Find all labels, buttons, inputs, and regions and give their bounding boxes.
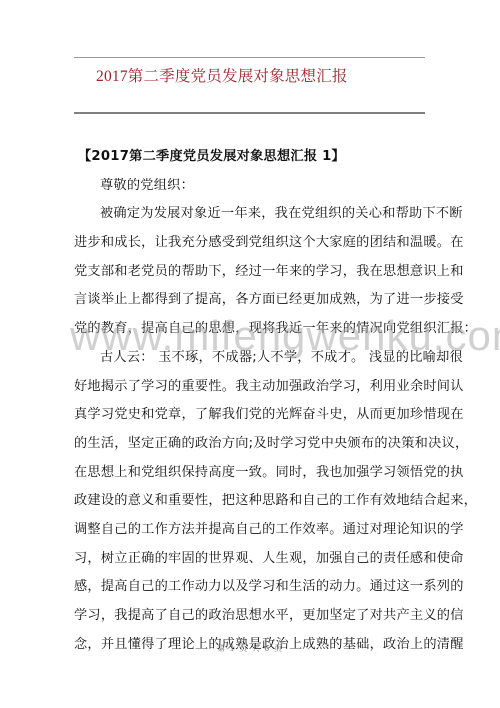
body-line: 政建设的意义和重要性，把这种思路和自己的工作有效地结合起来， bbox=[74, 487, 429, 516]
body-line: 被确定为发展对象近一年来，我在党组织的关心和帮助下不断 bbox=[74, 200, 429, 229]
page-footer: 第 1 页 共 6 页 bbox=[0, 643, 500, 654]
body-line: 的生活，坚定正确的政治方向;及时学习党中央颁布的决策和决议， bbox=[74, 430, 429, 459]
body-line: 调整自己的工作方法并提高自己的工作效率。通过对理论知识的学 bbox=[74, 516, 429, 545]
body-line: 感，提高自己的工作动力以及学习和生活的动力。通过这一系列的 bbox=[74, 573, 429, 602]
watermark: www.mifengwenku.com bbox=[70, 312, 500, 360]
body-line: 在思想上和党组织保持高度一致。同时，我也加强学习领悟党的执 bbox=[74, 459, 429, 488]
salutation: 尊敬的党组织： bbox=[74, 172, 429, 201]
document-title: 2017第二季度党员发展对象思想汇报 bbox=[96, 64, 348, 86]
body-line: 学习，我提高了自己的政治思想水平，更加坚定了对共产主义的信 bbox=[74, 602, 429, 631]
body-line: 进步和成长，让我充分感受到党组织这个大家庭的团结和温暖。在 bbox=[74, 229, 429, 258]
section-heading: 【2017第二季度党员发展对象思想汇报 1】 bbox=[74, 143, 429, 172]
body-line: 党支部和老党员的帮助下，经过一年来的学习，我在思想意识上和 bbox=[74, 258, 429, 287]
title-top-rule bbox=[74, 57, 425, 58]
body-line: 习，树立正确的牢固的世界观、人生观，加强自己的责任感和使命 bbox=[74, 545, 429, 574]
document-body: 【2017第二季度党员发展对象思想汇报 1】 尊敬的党组织： 被确定为发展对象近… bbox=[74, 143, 429, 659]
body-line: 好地揭示了学习的重要性。我主动加强政治学习，利用业余时间认 bbox=[74, 373, 429, 402]
body-line: 真学习党史和党章，了解我们党的光辉奋斗史，从而更加珍惜现在 bbox=[74, 401, 429, 430]
title-bottom-rule bbox=[74, 112, 425, 114]
body-line: 言谈举止上都得到了提高，各方面已经更加成熟，为了进一步接受 bbox=[74, 286, 429, 315]
